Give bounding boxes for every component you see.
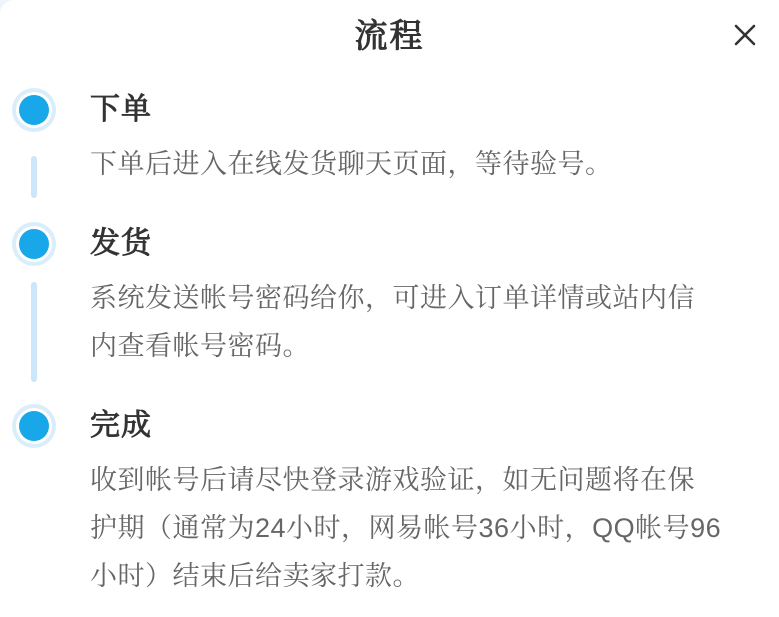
step-description: 下单后进入在线发货聊天页面，等待验号。 xyxy=(90,140,775,188)
step-item-delivery: 发货 系统发送帐号密码给你，可进入订单详情或站内信 内查看帐号密码。 xyxy=(12,226,775,370)
step-description: 收到帐号后请尽快登录游戏验证，如无问题将在保 护期（通常为24小时，网易帐号36… xyxy=(90,456,775,600)
step-bullet-icon xyxy=(19,95,49,125)
close-icon xyxy=(732,22,758,48)
step-item-order: 下单 下单后进入在线发货聊天页面，等待验号。 xyxy=(12,92,775,188)
step-bullet-icon xyxy=(19,229,49,259)
modal-header: 流程 xyxy=(0,0,779,70)
step-title: 完成 xyxy=(90,408,775,444)
process-steps-list: 下单 下单后进入在线发货聊天页面，等待验号。 发货 系统发送帐号密码给你，可进入… xyxy=(0,70,779,600)
step-item-complete: 完成 收到帐号后请尽快登录游戏验证，如无问题将在保 护期（通常为24小时，网易帐… xyxy=(12,408,775,600)
close-button[interactable] xyxy=(723,14,767,56)
step-description: 系统发送帐号密码给你，可进入订单详情或站内信 内查看帐号密码。 xyxy=(90,274,775,370)
step-bullet-icon xyxy=(19,411,49,441)
timeline-connector-line xyxy=(31,282,37,382)
timeline-connector-line xyxy=(31,156,37,198)
step-title: 发货 xyxy=(90,226,775,262)
step-title: 下单 xyxy=(90,92,775,128)
page-title: 流程 xyxy=(0,16,779,56)
process-modal: 流程 下单 下单后进入在线发货聊天页面，等待验号。 发货 系统发送帐号密码给你，… xyxy=(0,0,779,617)
